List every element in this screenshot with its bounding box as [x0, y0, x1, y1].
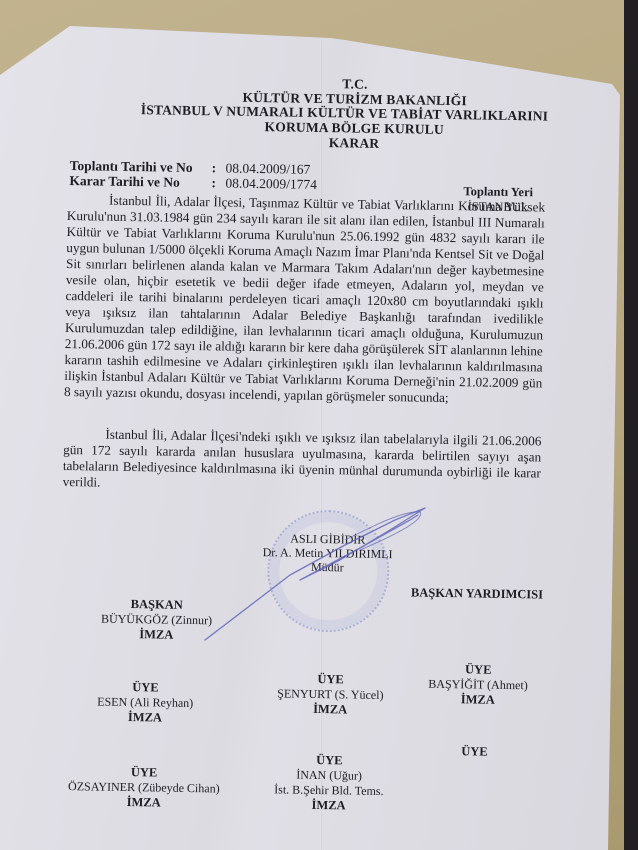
member-2-name: ŞENYURT (S. Yücel) [260, 686, 400, 703]
certification-name: Dr. A. Metin YILDIRIMLI [247, 545, 407, 562]
signature-block-member-3: ÜYE BAŞYİĞİT (Ahmet) İMZA [410, 661, 546, 708]
signature-block-member-2: ÜYE ŞENYURT (S. Yücel) İMZA [260, 671, 401, 718]
chair-name: BÜYÜKGÖZ (Zinnur) [91, 611, 221, 628]
member-1-name: ESEN (Ali Reyhan) [80, 694, 210, 711]
certification-title: Müdür [247, 559, 407, 576]
member-1-sign: İMZA [80, 709, 210, 726]
body-paragraph-2: İstanbul İli, Adalar İlçesi'ndeki ışıklı… [63, 426, 542, 498]
decision-date-row: Karar Tarihi ve No:08.04.2009/1774 [69, 173, 317, 193]
signature-block-vice-chair: BAŞKAN YARDIMCISI [407, 585, 547, 602]
meeting-date-separator: : [212, 160, 226, 176]
member-2-sign: İMZA [260, 701, 400, 718]
meeting-date-value: 08.04.2009/167 [226, 160, 311, 176]
decision-date-label: Karar Tarihi ve No [69, 173, 211, 191]
member-5-sign: İMZA [264, 797, 394, 814]
signature-block-member-6: ÜYE [444, 744, 504, 760]
certification-block: ASLI GİBİDİR Dr. A. Metin YILDIRIMLI Müd… [247, 531, 408, 576]
member-5-note: İst. B.Şehir Bld. Tems. [264, 782, 394, 799]
signature-block-member-1: ÜYE ESEN (Ali Reyhan) İMZA [80, 679, 211, 726]
signature-block-member-4: ÜYE ÖZSAYINER (Zübeyde Cihan) İMZA [59, 764, 230, 812]
vice-chair-role: BAŞKAN YARDIMCISI [407, 585, 547, 602]
member-4-name: ÖZSAYINER (Zübeyde Cihan) [59, 779, 229, 797]
member-3-sign: İMZA [410, 691, 545, 708]
document-content: T.C. KÜLTÜR VE TURİZM BAKANLIĞI İSTANBUL… [0, 0, 638, 850]
signature-block-chair: BAŞKAN BÜYÜKGÖZ (Zinnur) İMZA [91, 596, 222, 643]
decision-date-value: 08.04.2009/1774 [225, 175, 317, 191]
decision-date-separator: : [211, 175, 225, 191]
signature-block-member-5: ÜYE İNAN (Uğur) İst. B.Şehir Bld. Tems. … [264, 752, 395, 814]
member-3-name: BAŞYİĞİT (Ahmet) [410, 676, 545, 693]
member-6-role: ÜYE [444, 744, 504, 760]
chair-sign: İMZA [91, 626, 221, 643]
member-4-sign: İMZA [59, 794, 229, 812]
body-paragraph-1: İstanbul İli, Adalar İlçesi, Taşınmaz Kü… [64, 192, 545, 407]
